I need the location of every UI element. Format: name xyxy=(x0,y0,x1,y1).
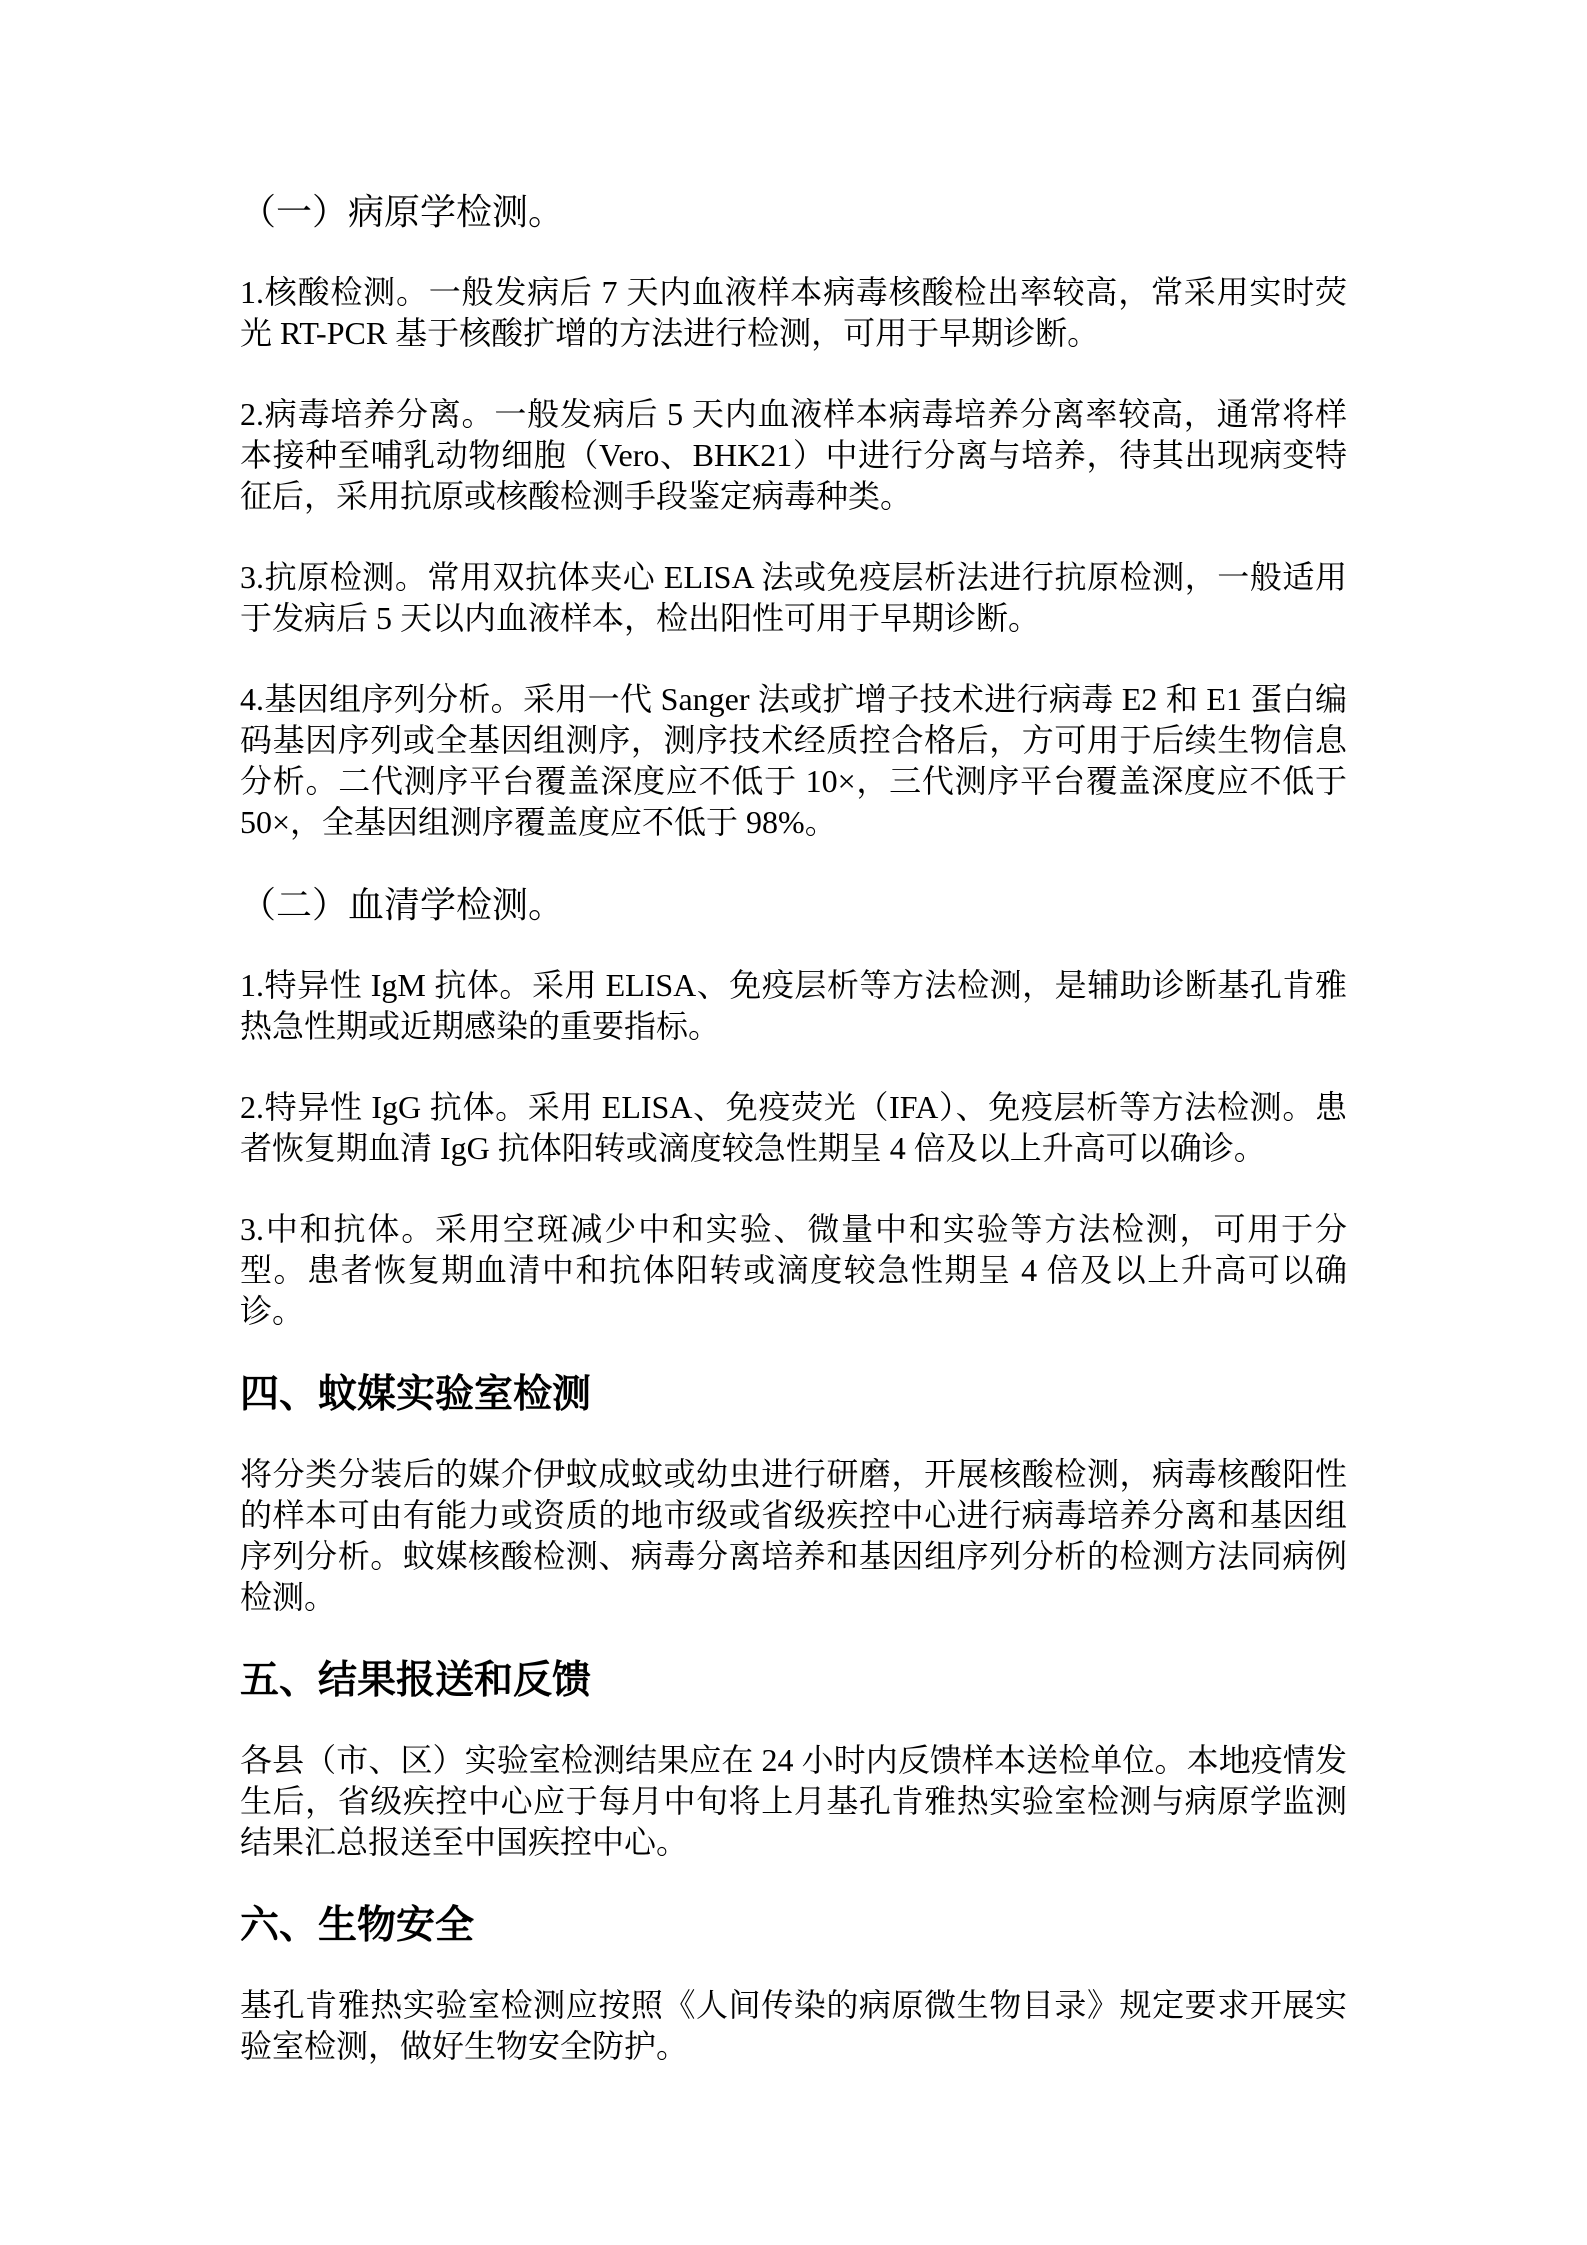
paragraph-nucleic-acid-testing: 1.核酸检测。一般发病后 7 天内血液样本病毒核酸检出率较高，常采用实时荧光 R… xyxy=(240,272,1347,354)
paragraph-igm-antibody: 1.特异性 IgM 抗体。采用 ELISA、免疫层析等方法检测，是辅助诊断基孔肯… xyxy=(240,965,1347,1047)
paragraph-mosquito-lab-testing: 将分类分装后的媒介伊蚊成蚊或幼虫进行研磨，开展核酸检测，病毒核酸阳性的样本可由有… xyxy=(240,1454,1347,1618)
section-heading-mosquito-lab-testing: 四、蚊媒实验室检测 xyxy=(240,1372,1347,1418)
subsection-heading-pathogenic-testing: （一）病原学检测。 xyxy=(240,190,1347,234)
section-heading-biosafety: 六、生物安全 xyxy=(240,1903,1347,1949)
paragraph-result-reporting: 各县（市、区）实验室检测结果应在 24 小时内反馈样本送检单位。本地疫情发生后，… xyxy=(240,1740,1347,1863)
paragraph-virus-culture-isolation: 2.病毒培养分离。一般发病后 5 天内血液样本病毒培养分离率较高，通常将样本接种… xyxy=(240,394,1347,517)
paragraph-genome-sequencing: 4.基因组序列分析。采用一代 Sanger 法或扩增子技术进行病毒 E2 和 E… xyxy=(240,679,1347,843)
paragraph-neutralizing-antibody: 3.中和抗体。采用空斑减少中和实验、微量中和实验等方法检测，可用于分型。患者恢复… xyxy=(240,1209,1347,1332)
paragraph-biosafety: 基孔肯雅热实验室检测应按照《人间传染的病原微生物目录》规定要求开展实验室检测，做… xyxy=(240,1985,1347,2067)
paragraph-igg-antibody: 2.特异性 IgG 抗体。采用 ELISA、免疫荧光（IFA）、免疫层析等方法检… xyxy=(240,1087,1347,1169)
section-heading-result-reporting: 五、结果报送和反馈 xyxy=(240,1658,1347,1704)
subsection-heading-serological-testing: （二）血清学检测。 xyxy=(240,883,1347,927)
document-page: （一）病原学检测。 1.核酸检测。一般发病后 7 天内血液样本病毒核酸检出率较高… xyxy=(0,0,1587,2245)
paragraph-antigen-testing: 3.抗原检测。常用双抗体夹心 ELISA 法或免疫层析法进行抗原检测，一般适用于… xyxy=(240,557,1347,639)
